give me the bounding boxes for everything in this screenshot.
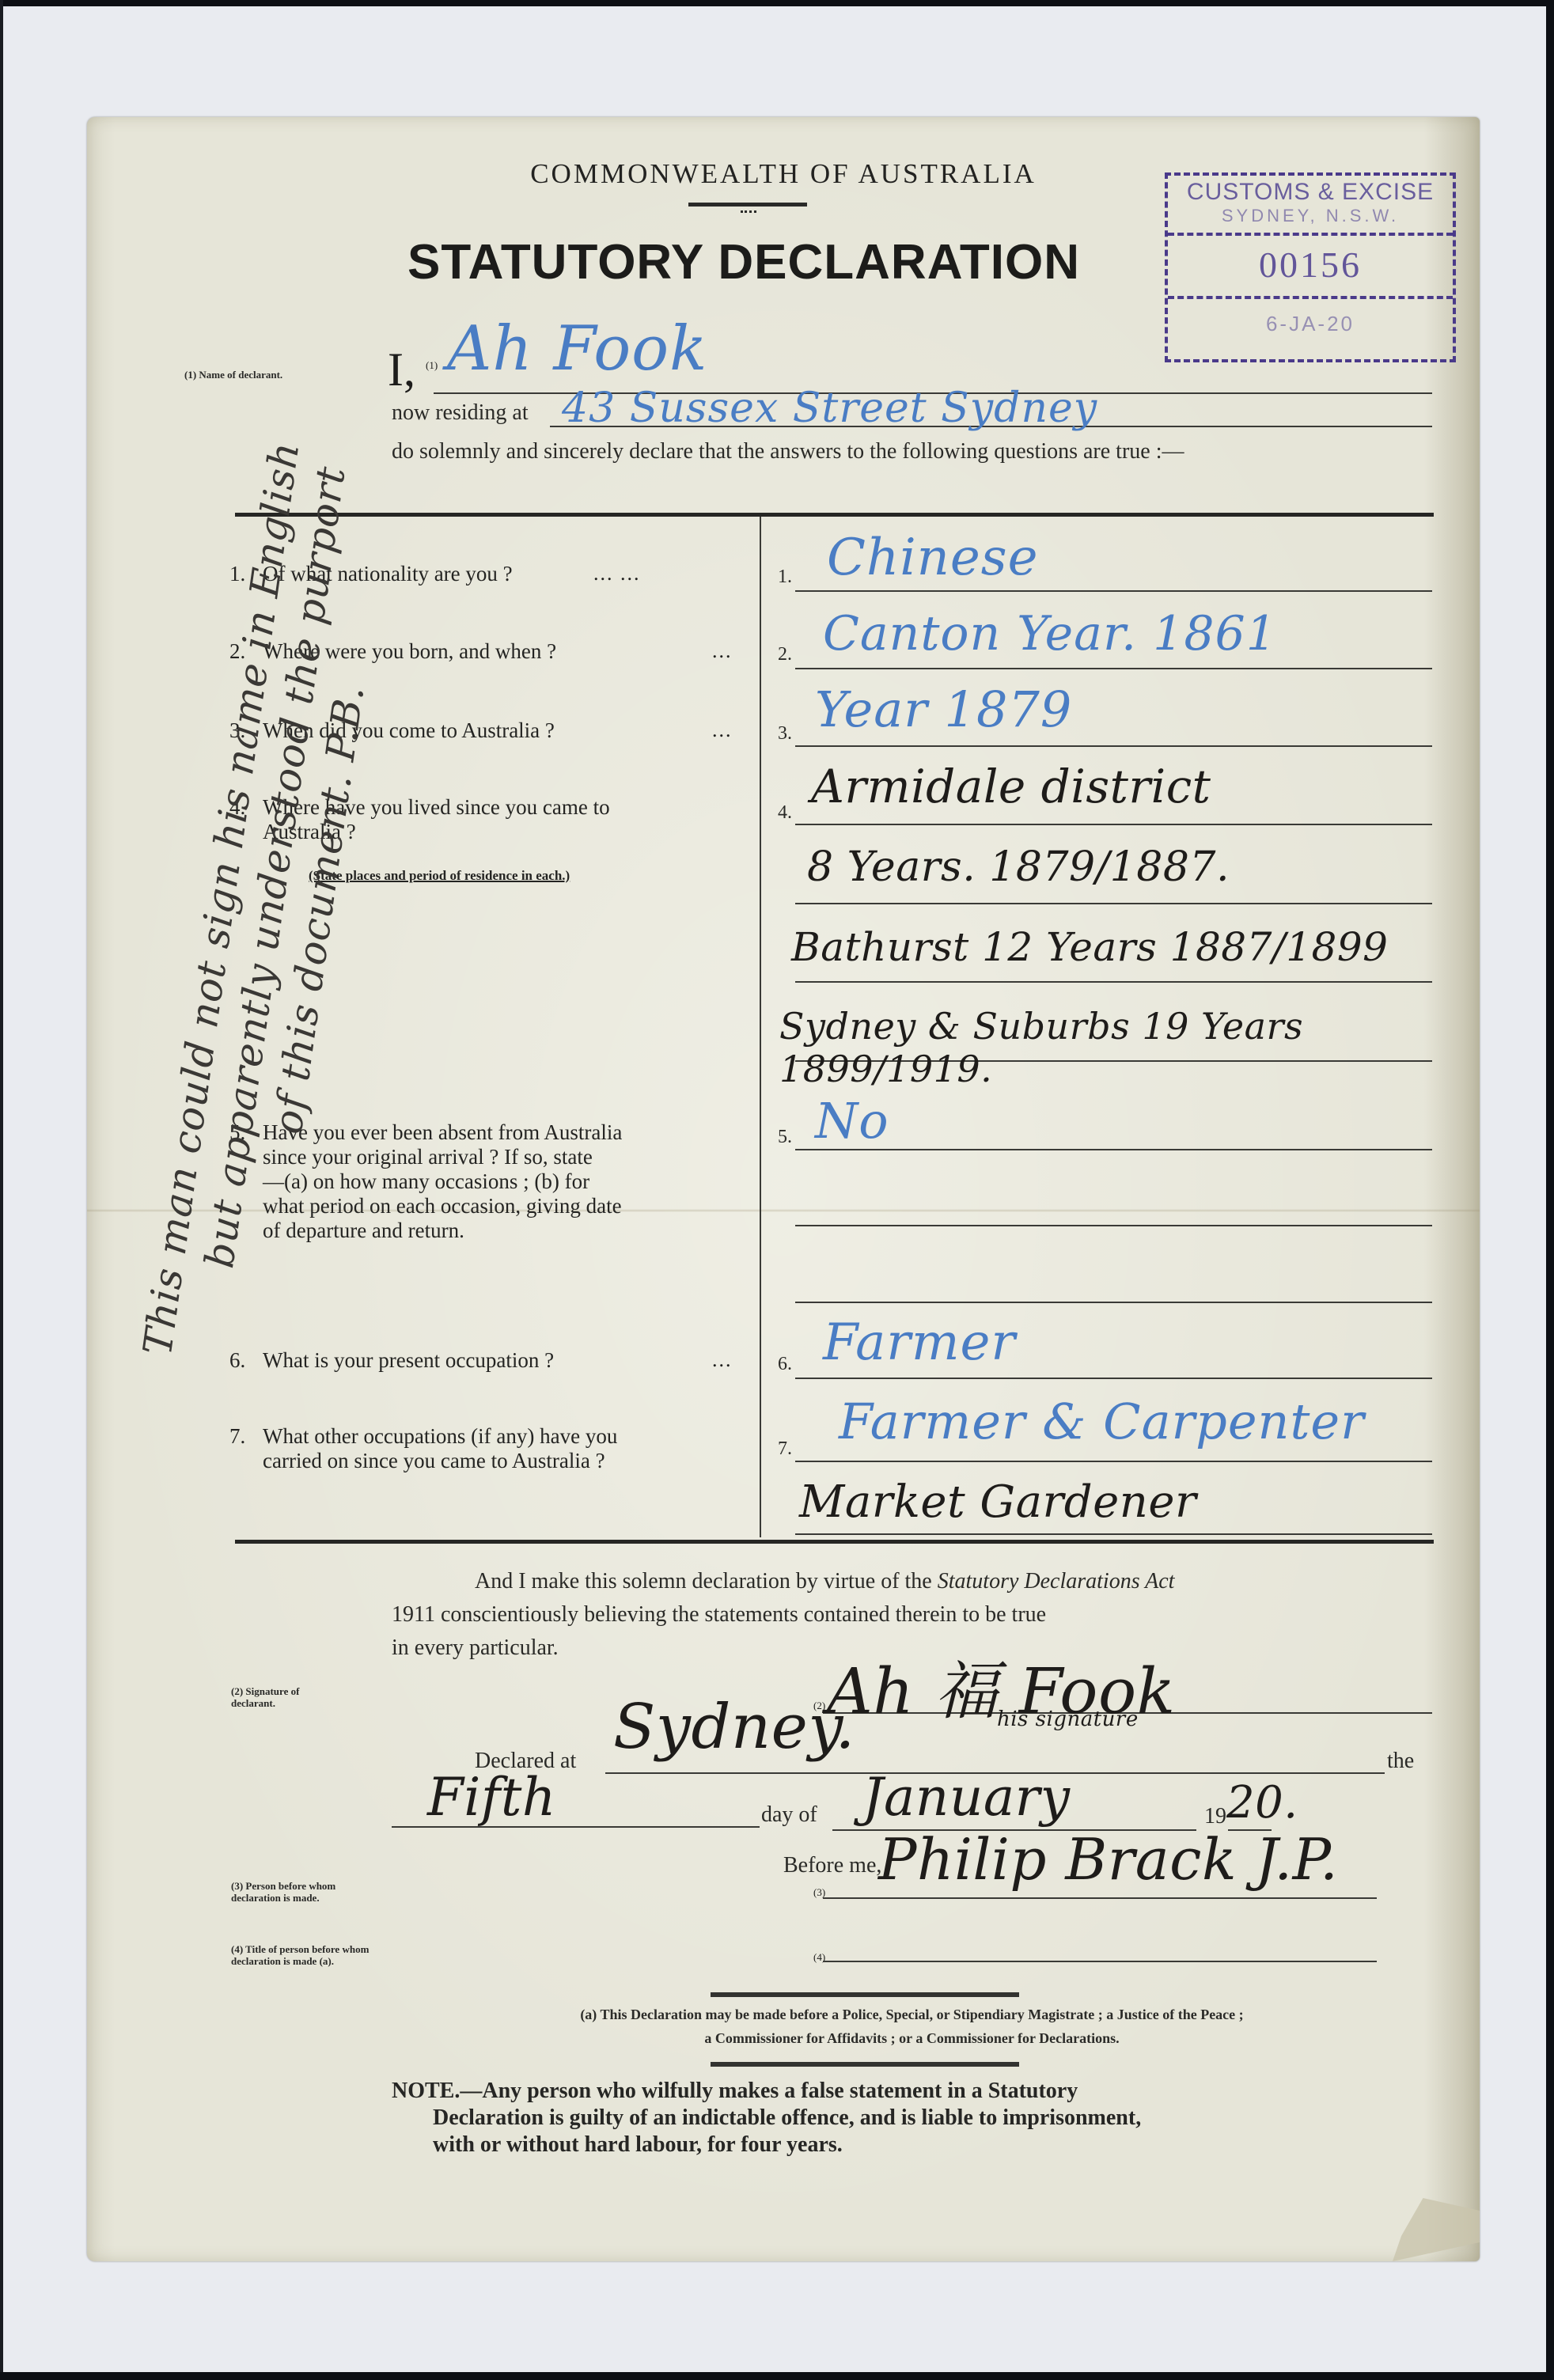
footnote-rule-bottom (711, 2062, 1019, 2067)
note-line1: NOTE.—Any person who wilfully makes a fa… (392, 2078, 1432, 2105)
answer-line (795, 1378, 1432, 1379)
answer-1[interactable]: Chinese (827, 529, 1038, 587)
answer-2[interactable]: Canton Year. 1861 (823, 606, 1277, 661)
answer-line (795, 1149, 1432, 1150)
question-text-continued: carried on since you came to Australia ? (229, 1449, 752, 1473)
answer-line (795, 668, 1432, 669)
section-rule-bottom (235, 1540, 1434, 1544)
stamp-date: 6-JA-20 (1168, 312, 1453, 336)
stamp-line2: SYDNEY, N.S.W. (1168, 206, 1453, 226)
answer-number: 2. (778, 644, 792, 665)
margin-label-name: (1) Name of declarant. (184, 369, 282, 381)
question-7: 7.What other occupations (if any) have y… (229, 1424, 752, 1473)
answer-number: 1. (778, 567, 792, 588)
declaration-intro: do solemnly and sincerely declare that t… (392, 438, 1432, 466)
answer-7-line1[interactable]: Farmer & Carpenter (839, 1393, 1365, 1450)
scan-border-left (0, 0, 3, 2380)
stamp-line1: CUSTOMS & EXCISE (1168, 179, 1453, 206)
answer-4-line4[interactable]: Sydney & Suburbs 19 Years 1899/1919. (779, 1005, 1480, 1090)
answer-4-line2[interactable]: 8 Years. 1879/1887. (807, 843, 1230, 891)
legal-note: NOTE.—Any person who wilfully makes a fa… (392, 2078, 1432, 2158)
stamp-number: 00156 (1168, 244, 1453, 286)
day-of-label: day of (761, 1801, 817, 1829)
answer-6[interactable]: Farmer (823, 1313, 1016, 1372)
answer-line (795, 1461, 1432, 1462)
answer-number: 5. (778, 1127, 792, 1148)
header-rule-dots (741, 210, 756, 215)
note-line2: Declaration is guilty of an indictable o… (392, 2105, 1432, 2132)
question-text: What is your present occupation ? (263, 1348, 554, 1372)
before-me-label: Before me, (783, 1851, 881, 1880)
answer-line (795, 903, 1432, 904)
declared-at-place[interactable]: Sydney. (613, 1692, 855, 1763)
answer-number: 3. (778, 723, 792, 745)
footnote-line2: a Commissioner for Affidavits ; or a Com… (392, 2026, 1432, 2050)
signature-note: his signature (997, 1707, 1139, 1731)
answer-5[interactable]: No (815, 1092, 889, 1150)
document-page: COMMONWEALTH OF AUSTRALIA STATUTORY DECL… (87, 117, 1480, 2261)
answer-4-line1[interactable]: Armidale district (811, 760, 1211, 813)
answer-number: 4. (778, 802, 792, 824)
declaration-text: And I make this solemn declaration by vi… (475, 1569, 932, 1594)
header-rule (688, 203, 807, 207)
customs-stamp: CUSTOMS & EXCISE SYDNEY, N.S.W. 00156 6-… (1165, 172, 1456, 362)
leader-dots: ... (712, 639, 733, 663)
margin-label-witness: (3) Person before whom declaration is ma… (231, 1880, 381, 1904)
stamp-divider (1168, 296, 1453, 299)
note-line3: with or without hard labour, for four ye… (392, 2132, 1432, 2158)
footnote-rule-top (711, 1992, 1019, 1997)
declaration-day[interactable]: Fifth (427, 1767, 556, 1828)
question-number: 7. (229, 1424, 263, 1449)
act-name: Statutory Declarations Act (938, 1569, 1175, 1594)
question-6: 6.What is your present occupation ? (229, 1348, 744, 1373)
declaration-text: 1911 conscientiously believing the state… (392, 1602, 1046, 1627)
declarant-name[interactable]: Ah Fook (447, 313, 707, 385)
title-line (823, 1961, 1377, 1962)
scan-border-bottom (0, 2372, 1554, 2380)
answer-line (795, 1302, 1432, 1303)
question-text: What other occupations (if any) have you (263, 1424, 617, 1448)
witness-signature[interactable]: Philip Brack J.P. (878, 1826, 1338, 1893)
declaration-year[interactable]: 20. (1226, 1777, 1298, 1829)
margin-label-signature: (2) Signature of declarant. (231, 1685, 318, 1709)
answer-line (795, 981, 1432, 983)
leader-dots: ... (712, 1348, 733, 1372)
torn-corner (1393, 2198, 1480, 2261)
answer-number: 7. (778, 1438, 792, 1460)
answer-line (795, 745, 1432, 747)
scan-border-top (0, 0, 1554, 6)
margin-label-title: (4) Title of person before whom declarat… (231, 1943, 381, 1967)
answer-number: 6. (778, 1354, 792, 1375)
witness-line (823, 1897, 1377, 1899)
answer-4-line3[interactable]: Bathurst 12 Years 1887/1899 (791, 924, 1388, 970)
answer-3[interactable]: Year 1879 (815, 680, 1072, 738)
the-label: the (1387, 1747, 1414, 1776)
footnote-line1: (a) This Declaration may be made before … (392, 2003, 1432, 2026)
stamp-divider (1168, 233, 1453, 236)
leader-dots: ... (712, 718, 733, 742)
declarant-address[interactable]: 43 Sussex Street Sydney (562, 385, 1097, 432)
answer-line (795, 1533, 1432, 1535)
declaration-month[interactable]: January (862, 1767, 1071, 1828)
declaration-text: in every particular. (392, 1635, 559, 1660)
footnote: (a) This Declaration may be made before … (392, 2003, 1432, 2050)
answer-7-line2[interactable]: Market Gardener (799, 1476, 1196, 1528)
column-divider (760, 517, 761, 1537)
answer-line (795, 1225, 1432, 1226)
answer-line (795, 590, 1432, 592)
scan-border-right (1546, 0, 1554, 2380)
leader-dots: ... ... (593, 562, 641, 586)
answer-line (795, 824, 1432, 825)
